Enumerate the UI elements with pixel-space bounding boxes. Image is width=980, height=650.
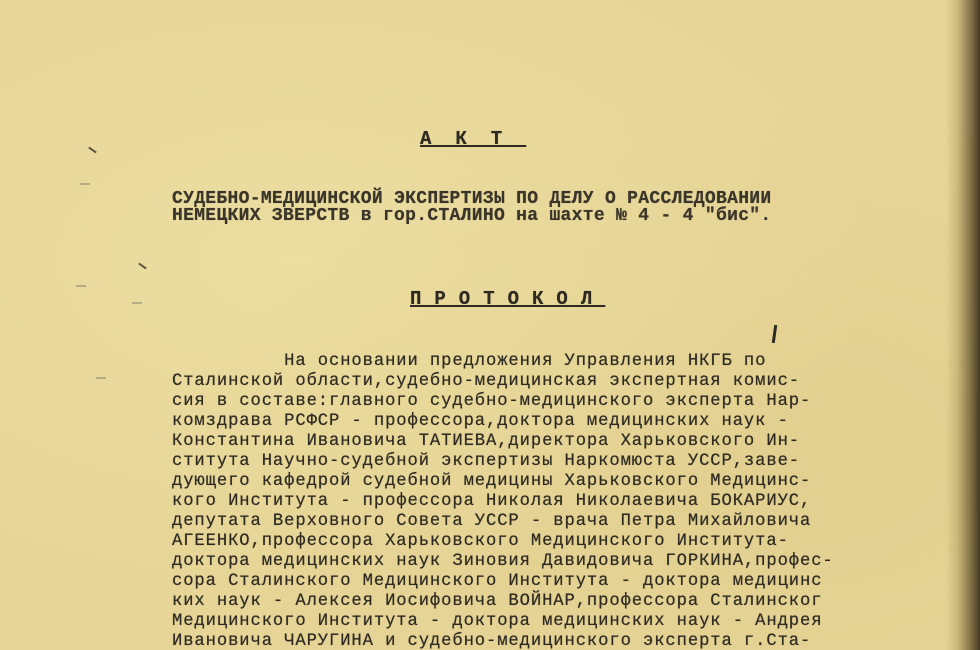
- body-line: На основании предложения Управления НКГБ…: [172, 352, 766, 372]
- body-line: Ивановича ЧАРУГИНА и судебно-медицинског…: [172, 632, 811, 650]
- page-edge-shadow: [946, 0, 980, 650]
- paper-mark: [96, 377, 106, 379]
- paper-mark: [80, 183, 90, 185]
- pen-mark: [772, 325, 777, 343]
- body-line: Константина Ивановича ТАТИЕВА,директора …: [172, 432, 800, 452]
- body-line: депутата Верховного Совета УССР - врача …: [172, 512, 811, 532]
- document-heading: АКТ: [420, 128, 526, 150]
- body-line: АГЕЕНКО,профессора Харьковского Медицинс…: [172, 532, 789, 552]
- section-title: ПРОТОКОЛ: [410, 288, 605, 310]
- body-line: сора Сталинского Медицинского Института …: [172, 572, 822, 592]
- ink-speck: [88, 147, 97, 154]
- body-line: комздрава РСФСР - профессора,доктора мед…: [172, 412, 789, 432]
- document-subtitle-line-2: НЕМЕЦКИХ ЗВЕРСТВ в гор.СТАЛИНО на шахте …: [172, 207, 772, 225]
- paper-mark: [76, 285, 86, 287]
- body-line: Сталинской области,судебно-медицинская э…: [172, 372, 800, 392]
- paper-mark: [132, 302, 142, 304]
- body-line: доктора медицинских наук Зиновия Давидов…: [172, 552, 834, 572]
- ink-speck: [138, 263, 147, 270]
- document-page: АКТ СУДЕБНО-МЕДИЦИНСКОЙ ЭКСПЕРТИЗЫ ПО ДЕ…: [0, 0, 980, 650]
- body-line: Медицинского Института - доктора медицин…: [172, 612, 822, 632]
- body-line: ститута Научно-судебной экспертизы Нарко…: [172, 452, 800, 472]
- body-line: ких наук - Алексея Иосифовича ВОЙНАР,про…: [172, 592, 822, 612]
- body-line: кого Института - профессора Николая Нико…: [172, 492, 811, 512]
- body-line: сия в составе:главного судебно-медицинск…: [172, 392, 811, 412]
- body-line: дующего кафедрой судебной медицины Харьк…: [172, 472, 811, 492]
